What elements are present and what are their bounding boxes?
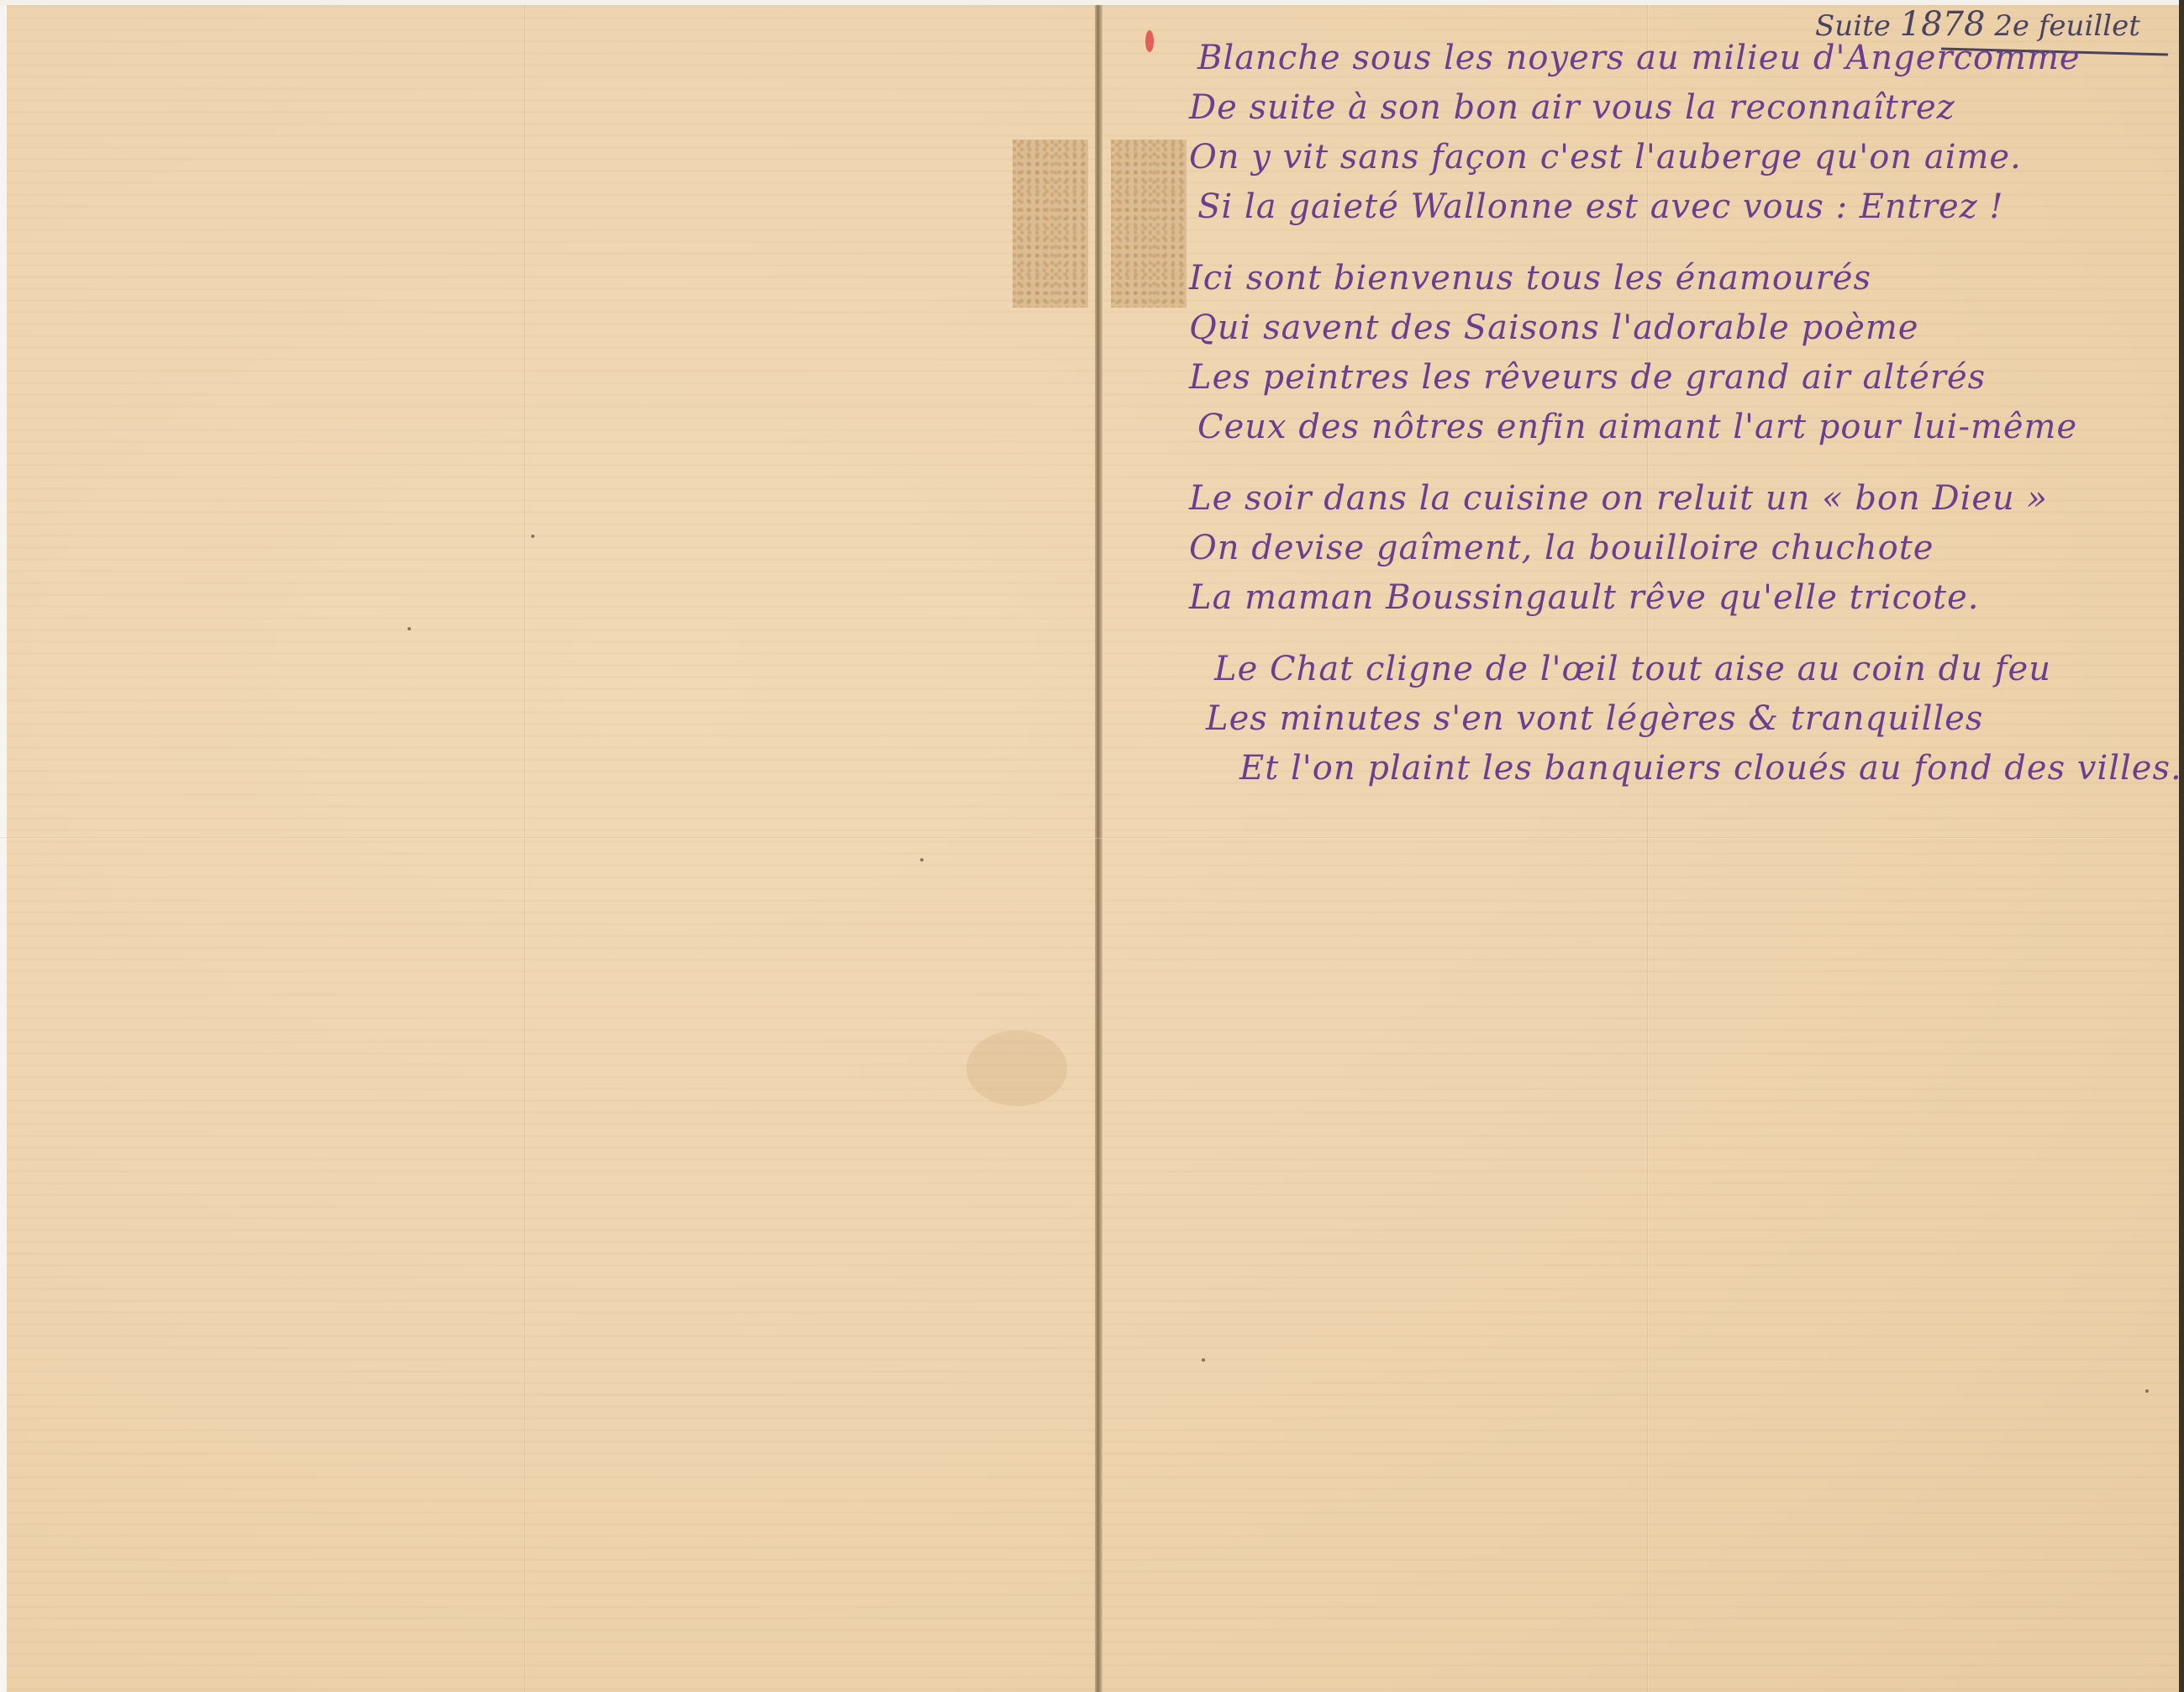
stanza-4: Le Chat cligne de l'œil tout aise au coi…	[1189, 645, 2164, 793]
paper-stain	[966, 1030, 1067, 1106]
poem-line: La maman Boussingault rêve qu'elle trico…	[1189, 573, 2164, 623]
poem-line: On devise gaîment, la bouilloire chuchot…	[1189, 524, 2164, 573]
paper-speck	[531, 535, 534, 538]
paper-speck	[2145, 1389, 2149, 1393]
stanza-3: Le soir dans la cuisine on reluit un « b…	[1189, 474, 2164, 623]
poem-line: Si la gaieté Wallonne est avec vous : En…	[1197, 182, 2164, 232]
stanza-2: Ici sont bienvenus tous les énamourés Qu…	[1189, 254, 2164, 452]
poem-line: Ici sont bienvenus tous les énamourés	[1189, 254, 2164, 303]
vertical-fold-crease	[524, 5, 526, 1692]
poem-line: Les minutes s'en vont légères & tranquil…	[1206, 694, 2164, 744]
tape-residue-right	[1111, 140, 1187, 308]
stanza-1: Blanche sous les noyers au milieu d'Ange…	[1189, 34, 2164, 232]
center-fold-gutter	[1095, 5, 1103, 1692]
poem-line: Les peintres les rêveurs de grand air al…	[1189, 353, 2164, 403]
poem-line: Blanche sous les noyers au milieu d'Ange…	[1197, 34, 2164, 83]
horizontal-fold-crease	[0, 837, 2184, 839]
poem-line: Ceux des nôtres enfin aimant l'art pour …	[1197, 403, 2164, 452]
poem-line: De suite à son bon air vous la reconnaît…	[1189, 83, 2164, 133]
left-page-blank	[0, 5, 1095, 1692]
red-ink-mark	[1145, 30, 1154, 52]
poem-line: Le Chat cligne de l'œil tout aise au coi…	[1214, 645, 2164, 694]
scan-edge	[2179, 0, 2184, 1692]
poem-line: Le soir dans la cuisine on reluit un « b…	[1189, 474, 2164, 524]
poem-line: On y vit sans façon c'est l'auberge qu'o…	[1189, 133, 2164, 182]
paper-speck	[1202, 1358, 1205, 1362]
poem-line: Qui savent des Saisons l'adorable poème	[1189, 303, 2164, 353]
paper-speck	[408, 627, 411, 630]
poem-line: Et l'on plaint les banquiers cloués au f…	[1239, 744, 2164, 793]
paper-speck	[920, 858, 924, 862]
tape-residue-left	[1013, 140, 1088, 308]
handwritten-poem: Blanche sous les noyers au milieu d'Ange…	[1189, 34, 2164, 815]
